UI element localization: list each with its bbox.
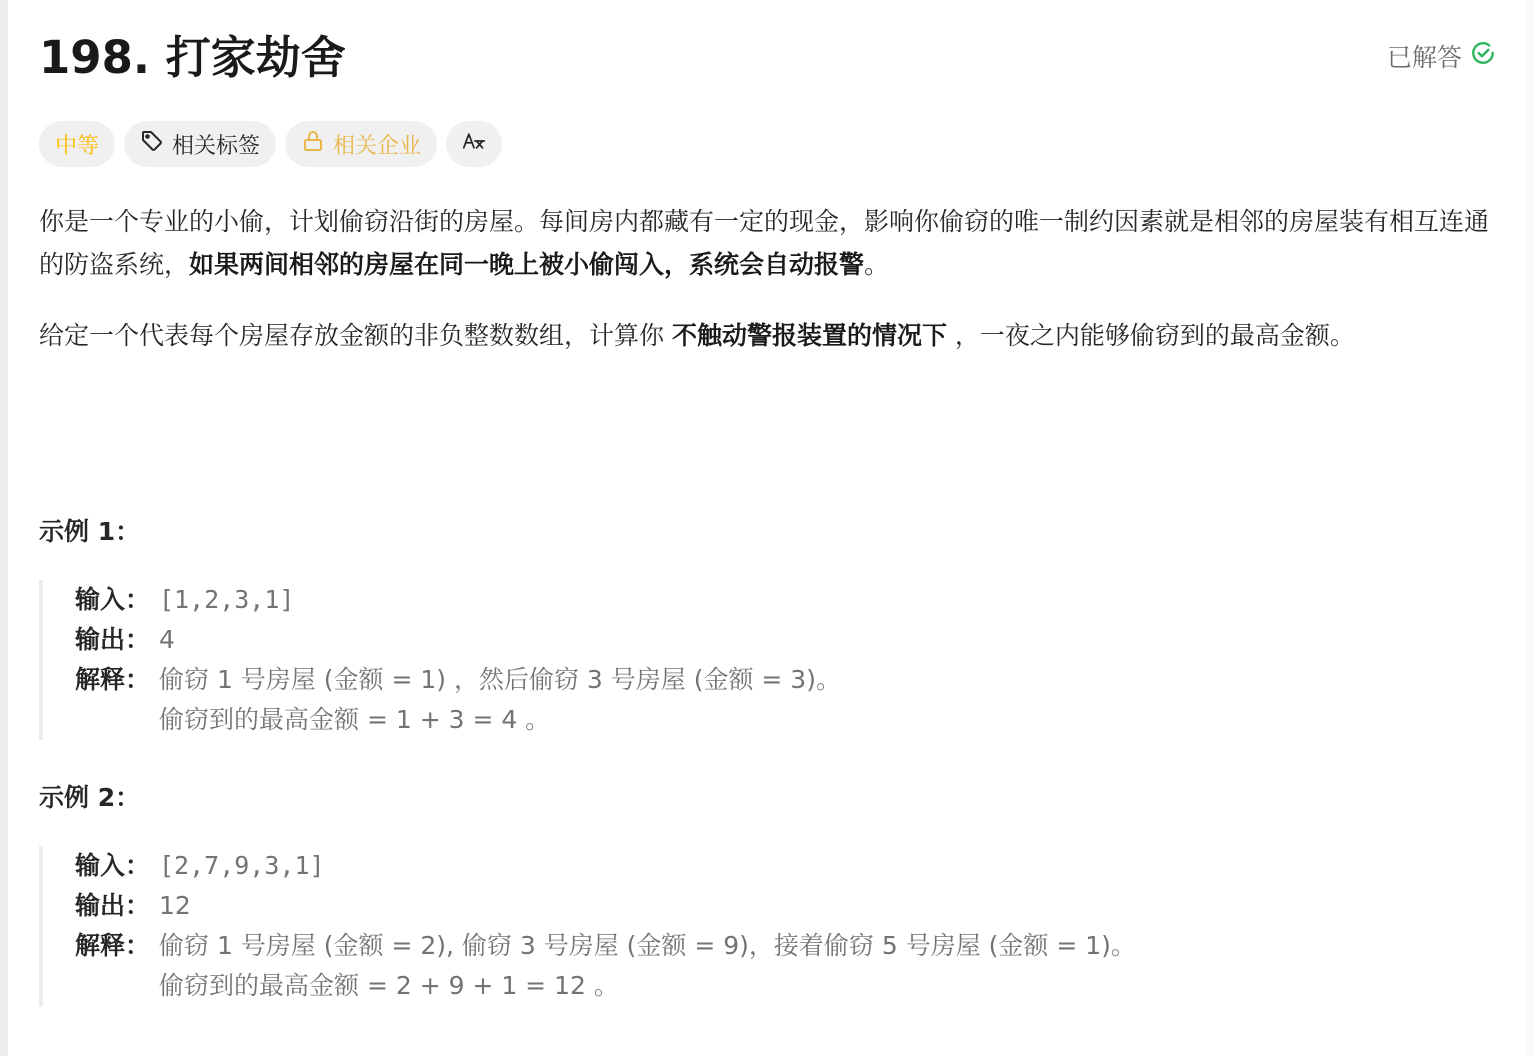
related-companies-button[interactable]: 相关企业 — [285, 121, 437, 167]
difficulty-label: 中等 — [55, 129, 99, 160]
example-explain-line-2: 偷窃到的最高金额 = 2 + 9 + 1 = 12 。 — [75, 966, 1136, 1006]
problem-title[interactable]: 198. 打家劫舍 — [39, 28, 1499, 88]
problem-statement: 你是一个专业的小偷，计划偷窃沿街的房屋。每间房内都藏有一定的现金，影响你偷窃的唯… — [39, 200, 1499, 385]
difficulty-badge[interactable]: 中等 — [39, 121, 115, 167]
example-input-line: 输入： [1,2,3,1] — [75, 580, 841, 620]
tag-bar: 中等 相关标签 相关企业 — [39, 121, 502, 167]
solved-label: 已解答 — [1387, 38, 1462, 74]
explain-value: 偷窃 1 号房屋 (金额 = 1) ，然后偷窃 3 号房屋 (金额 = 3)。 — [159, 660, 841, 700]
statement-text: 。 — [864, 250, 889, 279]
output-label: 输出： — [75, 886, 159, 926]
statement-text: 给定一个代表每个房屋存放金额的非负整数数组，计算你 — [39, 321, 672, 350]
related-tags-label: 相关标签 — [172, 129, 260, 160]
example-explain-line: 解释： 偷窃 1 号房屋 (金额 = 2), 偷窃 3 号房屋 (金额 = 9)… — [75, 926, 1136, 966]
lock-icon — [301, 129, 325, 159]
solved-status: 已解答 — [1387, 38, 1496, 74]
explain-label: 解释： — [75, 926, 159, 966]
example-output-line: 输出： 12 — [75, 886, 1136, 926]
tag-icon — [140, 129, 164, 159]
example-2-title: 示例 2： — [39, 778, 140, 814]
input-label: 输入： — [75, 846, 159, 886]
example-1-title: 示例 1： — [39, 512, 140, 548]
explain-value: 偷窃 1 号房屋 (金额 = 2), 偷窃 3 号房屋 (金额 = 9)，接着偷… — [159, 926, 1136, 966]
statement-text: ，一夜之内能够偷窃到的最高金额。 — [947, 321, 1355, 350]
input-label: 输入： — [75, 580, 159, 620]
example-explain-line: 解释： 偷窃 1 号房屋 (金额 = 1) ，然后偷窃 3 号房屋 (金额 = … — [75, 660, 841, 700]
panel-right-edge — [1527, 0, 1534, 1056]
statement-paragraph-1: 你是一个专业的小偷，计划偷窃沿街的房屋。每间房内都藏有一定的现金，影响你偷窃的唯… — [39, 200, 1499, 286]
output-value: 12 — [159, 886, 191, 926]
output-value: 4 — [159, 620, 175, 660]
explain-value-2: 偷窃到的最高金额 = 2 + 9 + 1 = 12 。 — [159, 966, 619, 1006]
example-1-block: 输入： [1,2,3,1] 输出： 4 解释： 偷窃 1 号房屋 (金额 = 1… — [39, 580, 841, 740]
related-companies-label: 相关企业 — [333, 129, 421, 160]
statement-emphasis: 不触动警报装置的情况下 — [672, 321, 947, 350]
output-label: 输出： — [75, 620, 159, 660]
input-value: [2,7,9,3,1] — [159, 846, 325, 886]
example-2-block: 输入： [2,7,9,3,1] 输出： 12 解释： 偷窃 1 号房屋 (金额 … — [39, 846, 1136, 1006]
example-input-line: 输入： [2,7,9,3,1] — [75, 846, 1136, 886]
statement-paragraph-2: 给定一个代表每个房屋存放金额的非负整数数组，计算你 不触动警报装置的情况下 ，一… — [39, 314, 1499, 357]
input-value: [1,2,3,1] — [159, 580, 294, 620]
explain-value-2: 偷窃到的最高金额 = 1 + 3 = 4 。 — [159, 700, 550, 740]
related-tags-button[interactable]: 相关标签 — [124, 121, 276, 167]
explain-label: 解释： — [75, 660, 159, 700]
example-explain-line-2: 偷窃到的最高金额 = 1 + 3 = 4 。 — [75, 700, 841, 740]
statement-emphasis: 如果两间相邻的房屋在同一晚上被小偷闯入，系统会自动报警 — [189, 250, 864, 279]
panel-left-border — [0, 0, 8, 1056]
check-circle-icon — [1470, 40, 1496, 72]
example-output-line: 输出： 4 — [75, 620, 841, 660]
translate-button[interactable] — [446, 121, 502, 167]
translate-icon — [462, 129, 486, 159]
title-row: 198. 打家劫舍 已解答 — [39, 28, 1499, 88]
